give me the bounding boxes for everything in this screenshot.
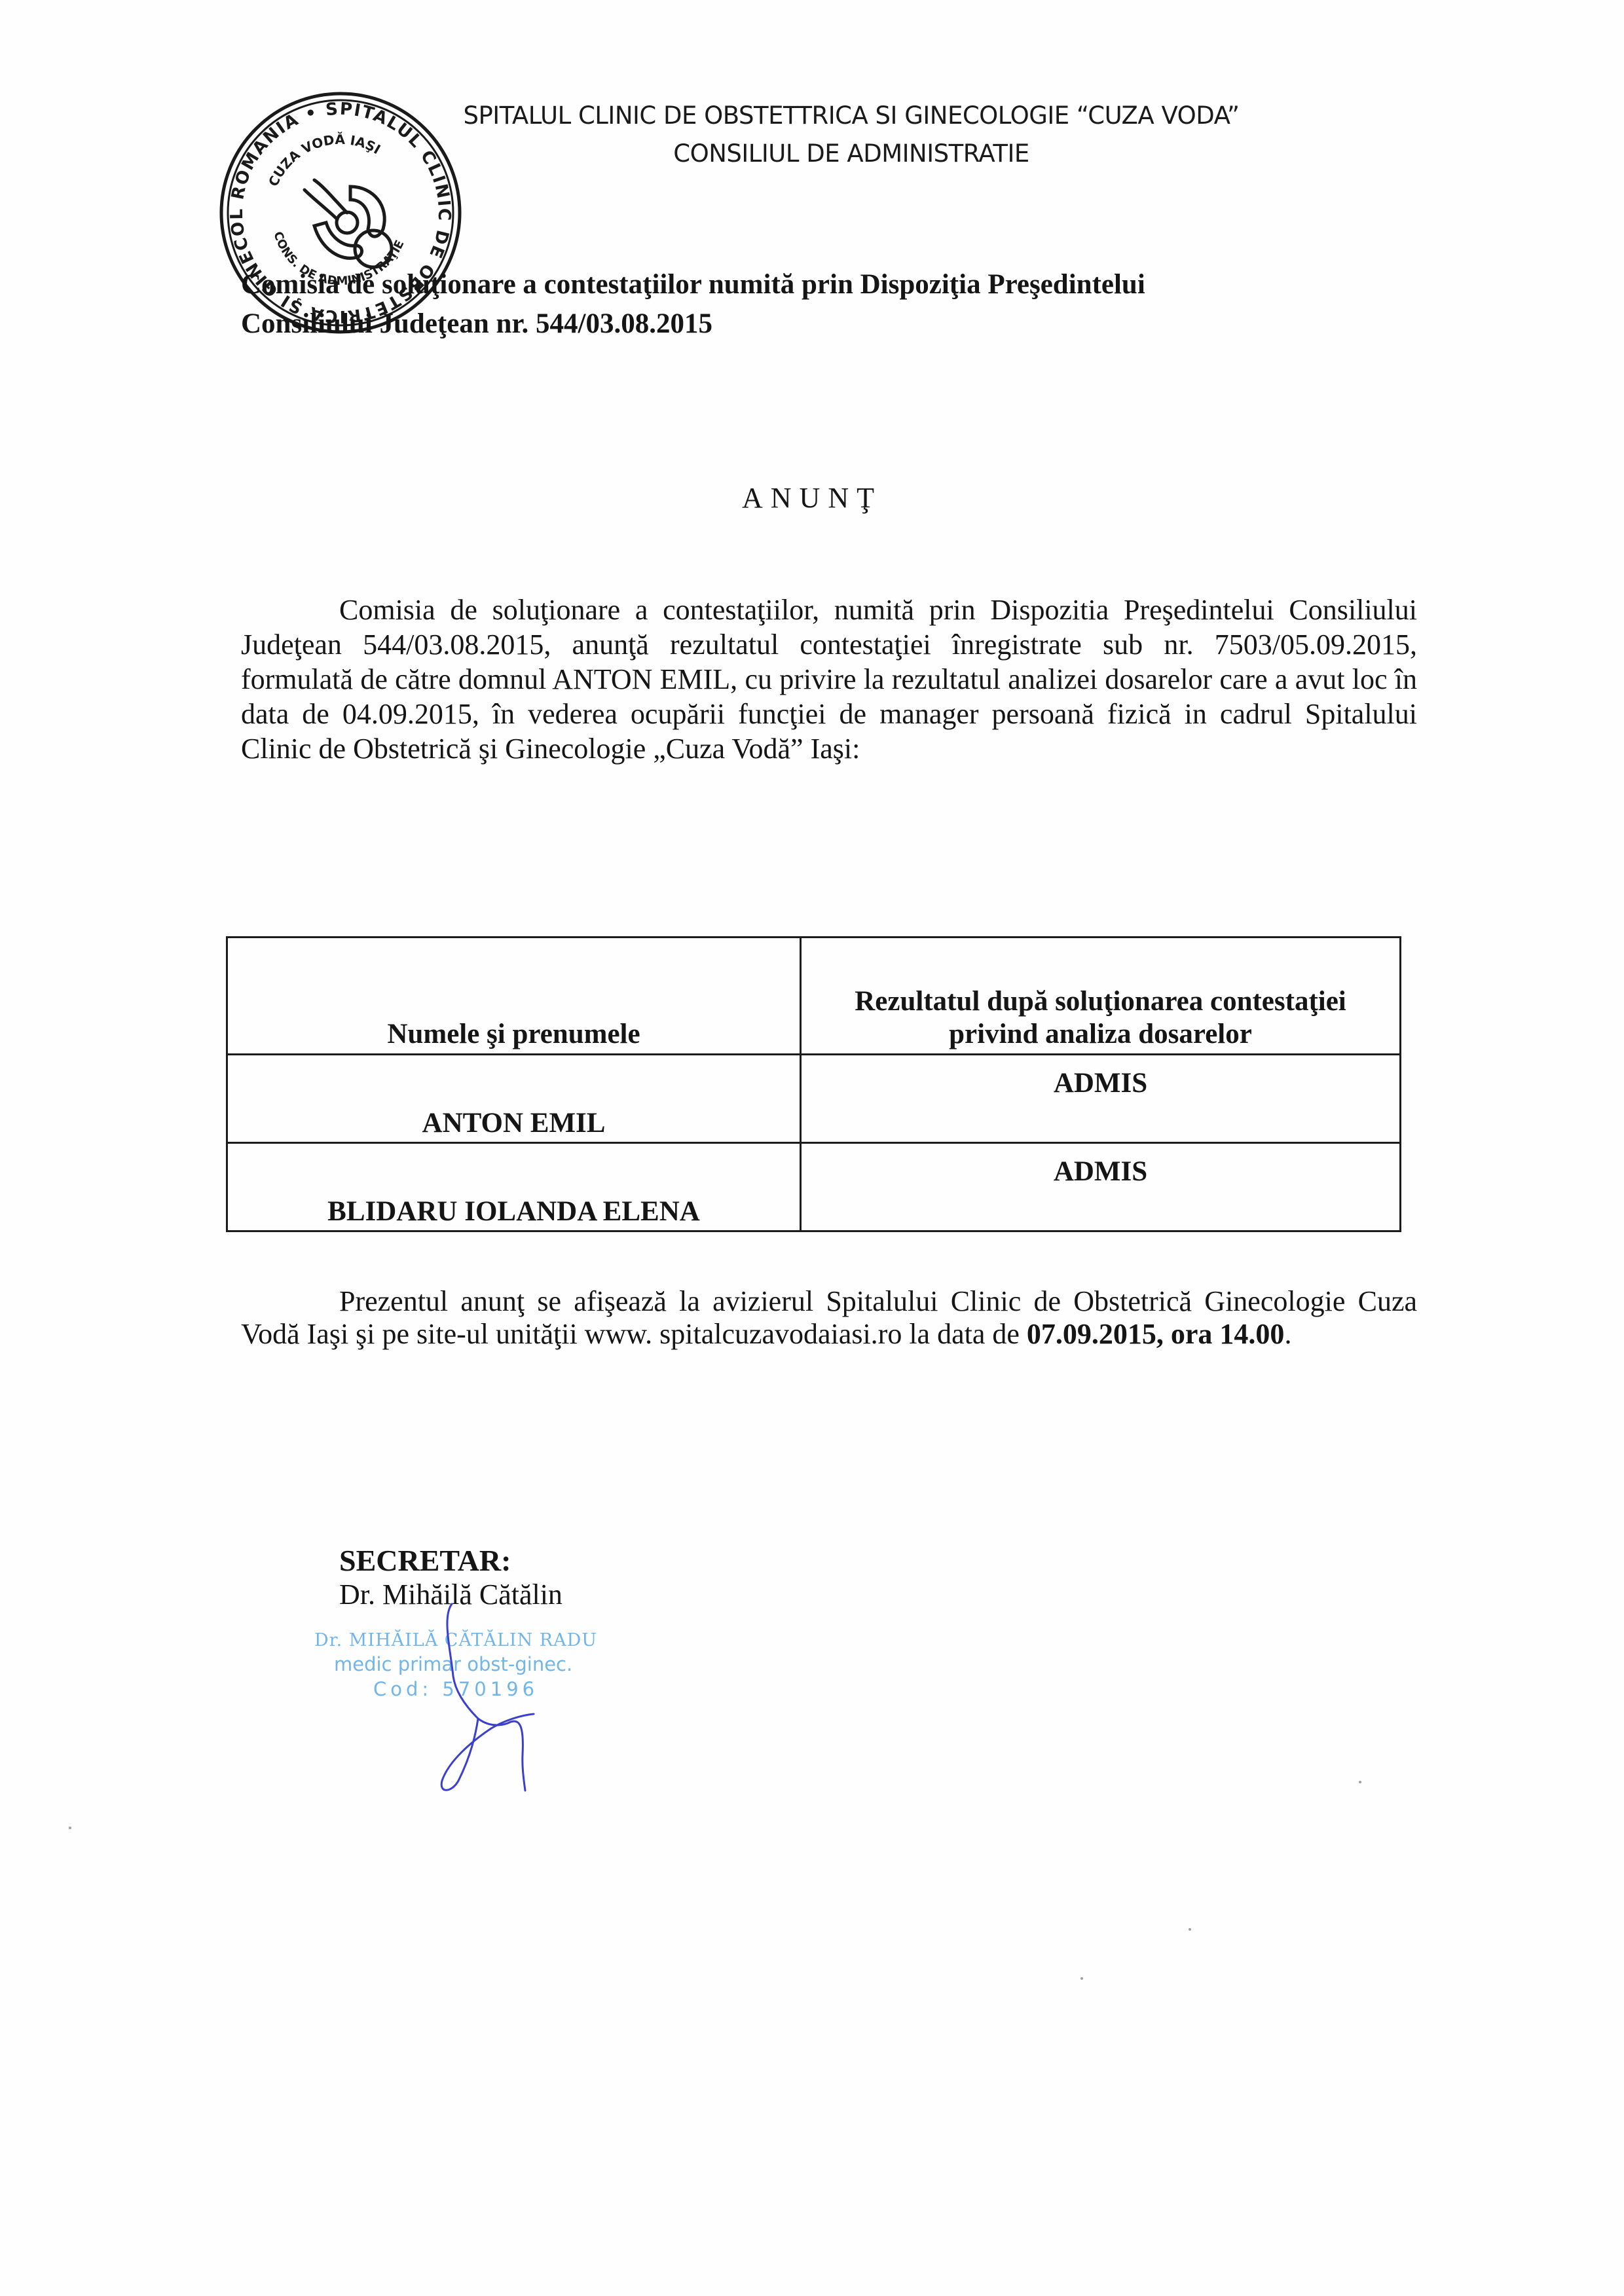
- announcement-text: Comisia de soluţionare a contestaţiilor,…: [241, 594, 1417, 765]
- header-name: Numele şi prenumele: [227, 938, 801, 1055]
- results-table: Numele şi prenumele Rezultatul după solu…: [226, 936, 1401, 1232]
- candidate-name: BLIDARU IOLANDA ELENA: [227, 1143, 801, 1231]
- committee-heading: Comisia de soluţionare a contestaţiilor …: [241, 265, 1387, 344]
- announcement-paragraph: Comisia de soluţionare a contestaţiilor,…: [241, 592, 1417, 766]
- candidate-name: ANTON EMIL: [227, 1055, 801, 1143]
- table-row: BLIDARU IOLANDA ELENA ADMIS: [227, 1143, 1401, 1231]
- posting-datetime: 07.09.2015, ora 14.00: [1027, 1318, 1285, 1350]
- committee-line-2: Consiliului Judeţean nr. 544/03.08.2015: [241, 304, 1387, 344]
- seal-inner-top-text: CUZA VODĂ IAŞI: [265, 132, 383, 189]
- scan-speck: [69, 1827, 71, 1829]
- header-result: Rezultatul după soluţionarea contestaţie…: [801, 938, 1401, 1055]
- table-row: ANTON EMIL ADMIS: [227, 1055, 1401, 1143]
- scan-speck: [1080, 1977, 1083, 1980]
- letterhead: SPITALUL CLINIC DE OBSTETTRICA SI GINECO…: [426, 97, 1277, 173]
- posting-notice: Prezentul anunţ se afişează la avizierul…: [241, 1285, 1417, 1351]
- signer-role: SECRETAR:: [339, 1544, 563, 1578]
- scan-speck: [1359, 1781, 1361, 1783]
- candidate-result: ADMIS: [801, 1143, 1401, 1231]
- document-title: ANUNŢ: [0, 481, 1624, 515]
- svg-text:CUZA VODĂ IAŞI: CUZA VODĂ IAŞI: [265, 132, 383, 189]
- handwritten-signature-icon: [413, 1597, 583, 1794]
- table-header-row: Numele şi prenumele Rezultatul după solu…: [227, 938, 1401, 1055]
- committee-line-1: Comisia de soluţionare a contestaţiilor …: [241, 265, 1387, 304]
- council-name: CONSILIUL DE ADMINISTRATIE: [426, 135, 1277, 173]
- candidate-result: ADMIS: [801, 1055, 1401, 1143]
- scan-speck: [1189, 1928, 1191, 1931]
- document-page: ROMANIA • SPITALUL CLINIC DE OBSTETRICĂ …: [0, 0, 1624, 2296]
- hospital-name: SPITALUL CLINIC DE OBSTETTRICA SI GINECO…: [426, 97, 1277, 135]
